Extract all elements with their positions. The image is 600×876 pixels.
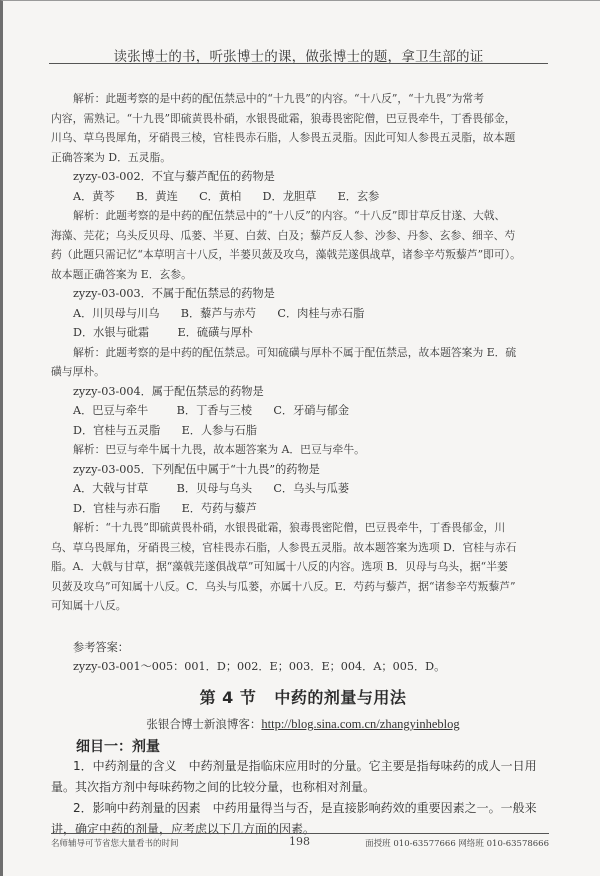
document-page: 读张博士的书，听张博士的课，做张博士的题，拿卫生部的证 解析：此题考察的是中药的… — [0, 0, 600, 876]
analysis-line: 内容，需熟记。“十九畏”即硫黄畏朴硝，水银畏砒霜，狼毒畏密陀僧，巴豆畏牵牛，丁香… — [51, 109, 549, 129]
question-options: A．大戟与甘草 B．贝母与乌头 C．乌头与瓜蒌 — [51, 479, 549, 499]
analysis-line: 故本题正确答案为 E．玄参。 — [51, 265, 549, 285]
section-title: 中药的剂量与用法 — [274, 688, 406, 707]
subheading: 细目一：剂量 — [76, 736, 160, 756]
analysis-line: 解析：此题考察的是中药的配伍禁忌中的“十八反”的内容。“十八反”即甘草反甘遂、大… — [51, 206, 549, 226]
footer-contact: 面授班 010-63577666 网络班 010-63578666 — [365, 837, 549, 849]
section-heading: 第 4 节中药的剂量与用法 — [3, 685, 600, 708]
question-stem: zyzy-03-002．不宜与藜芦配伍的药物是 — [51, 167, 549, 187]
analysis-line: 磺与厚朴。 — [51, 362, 549, 382]
page-footer: 名师辅导可节省您大量看书的时间 198 面授班 010-63577666 网络班… — [51, 836, 549, 850]
analysis-line: 川乌、草乌畏犀角，牙硝畏三棱，官桂畏赤石脂，人参畏五灵脂。因此可知人参畏五灵脂，… — [51, 128, 549, 148]
analysis-line: 可知属十八反。 — [51, 596, 549, 616]
question-options: A．巴豆与牵牛 B．丁香与三棱 C．牙硝与郁金 — [51, 401, 549, 421]
section-body: 1．中药剂量的含义 中药剂量是指临床应用时的分量。它主要是指每味药的成人一日用量… — [51, 756, 551, 840]
question-options: D．水银与砒霜 E．硫磺与厚朴 — [51, 323, 549, 343]
running-header: 读张博士的书，听张博士的课，做张博士的题，拿卫生部的证 — [49, 45, 548, 65]
analysis-line: 乌、草乌畏犀角，牙硝畏三棱，官桂畏赤石脂，人参畏五灵脂。故本题答案为选项 D．官… — [51, 538, 549, 558]
analysis-line: 解析：此题考察的是中药的配伍禁忌。可知硫磺与厚朴不属于配伍禁忌，故本题答案为 E… — [51, 343, 549, 363]
exercise-body: 解析：此题考察的是中药的配伍禁忌中的“十九畏”的内容。“十八反”，“十九畏”为常… — [51, 89, 549, 677]
question-options: A．黄芩 B．黄连 C．黄柏 D．龙胆草 E．玄参 — [51, 187, 549, 207]
analysis-line: 药（此题只需记忆“本草明言十八反，半蒌贝蔹及攻乌，藻戟芫遂俱战草，诸参辛芍叛藜芦… — [51, 245, 549, 265]
paragraph: 1．中药剂量的含义 中药剂量是指临床应用时的分量。它主要是指每味药的成人一日用量… — [51, 756, 551, 798]
question-stem: zyzy-03-005．下列配伍中属于“十九畏”的药物是 — [51, 460, 549, 480]
analysis-line: 贝蔹及攻乌”可知属十八反。C．乌头与瓜蒌，亦属十八反。E．芍药与藜芦，据“诸参辛… — [51, 577, 549, 597]
question-stem: zyzy-03-003．不属于配伍禁忌的药物是 — [51, 284, 549, 304]
answer-key-label: 参考答案： — [51, 638, 549, 658]
answer-key: zyzy-03-001～005：001．D；002．E；003．E；004．A；… — [51, 657, 549, 677]
analysis-line: 解析：“十九畏”即硫黄畏朴硝，水银畏砒霜，狼毒畏密陀僧，巴豆畏牵牛，丁香畏郁金，… — [51, 518, 549, 538]
blog-label: 张银合博士新浪博客： — [146, 717, 261, 731]
analysis-line: 解析：巴豆与牵牛属十九畏，故本题答案为 A．巴豆与牵牛。 — [51, 440, 549, 460]
analysis-line: 正确答案为 D．五灵脂。 — [51, 148, 549, 168]
analysis-line: 脂。A．大戟与甘草，据“藻戟芫遂俱战草”可知属十八反的内容。选项 B．贝母与乌头… — [51, 557, 549, 577]
page-number: 198 — [289, 835, 310, 848]
question-stem: zyzy-03-004．属于配伍禁忌的药物是 — [51, 382, 549, 402]
blog-link[interactable]: http://blog.sina.com.cn/zhangyinheblog — [261, 717, 459, 731]
section-number: 第 4 节 — [200, 688, 257, 707]
analysis-line: 解析：此题考察的是中药的配伍禁忌中的“十九畏”的内容。“十八反”，“十九畏”为常… — [51, 89, 549, 109]
blog-line: 张银合博士新浪博客：http://blog.sina.com.cn/zhangy… — [3, 716, 600, 732]
footer-slogan: 名师辅导可节省您大量看书的时间 — [51, 837, 179, 849]
question-options: D．官桂与赤石脂 E．芍药与藜芦 — [51, 499, 549, 519]
question-options: D．官桂与五灵脂 E．人参与石脂 — [51, 421, 549, 441]
question-options: A．川贝母与川乌 B．藜芦与赤芍 C．肉桂与赤石脂 — [51, 304, 549, 324]
analysis-line: 海藻、芫花；乌头反贝母、瓜蒌、半夏、白蔹、白及；藜芦反人参、沙参、丹参、玄参、细… — [51, 226, 549, 246]
footer-divider — [51, 833, 549, 834]
header-divider — [49, 63, 548, 64]
